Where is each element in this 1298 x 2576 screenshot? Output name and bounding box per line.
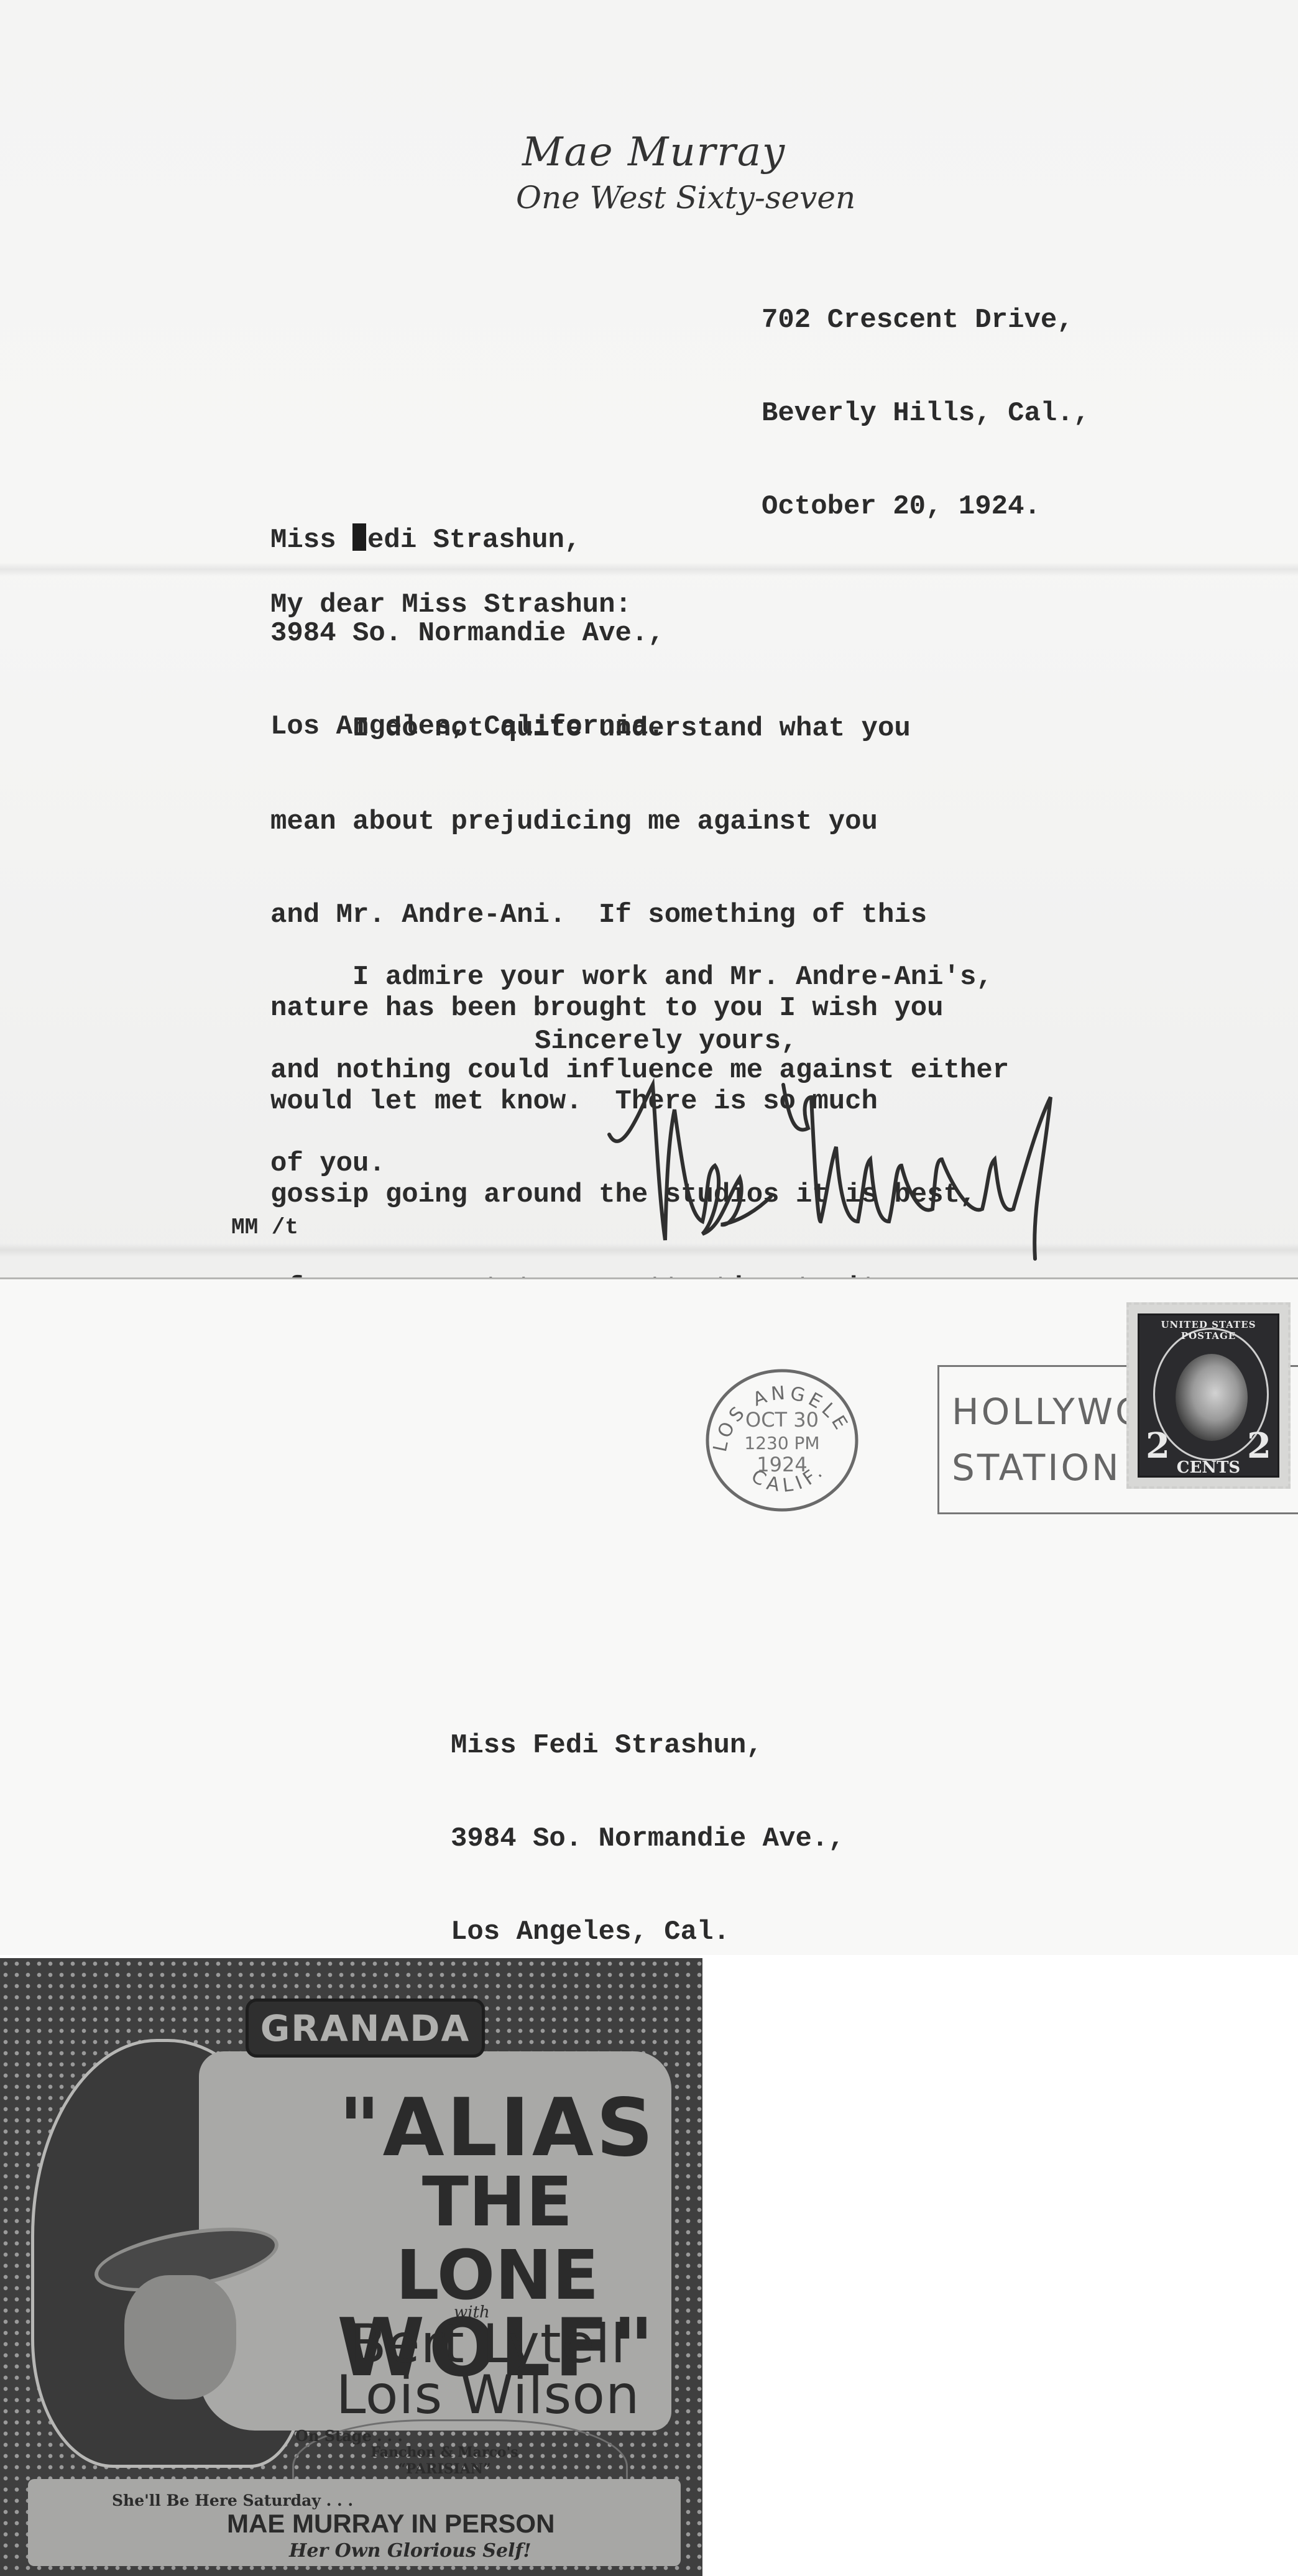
theater-badge: GRANADA xyxy=(246,1999,485,2058)
closing: Sincerely yours, xyxy=(535,1026,797,1057)
body-line: I admire your work and Mr. Andre-Ani's, xyxy=(270,962,1009,993)
envelope-street: 3984 So. Normandie Ave., xyxy=(451,1823,845,1854)
on-stage-line: “PARISIAN” xyxy=(295,2461,594,2478)
stamp-header: UNITED STATES POSTAGE xyxy=(1139,1319,1277,1341)
letter-date: October 20, 1924. xyxy=(762,491,1090,522)
envelope-recipient: Miss Fedi Strashun, xyxy=(451,1730,845,1761)
man-face-illustration-icon xyxy=(124,2275,236,2399)
letter-page: Mae Murray One West Sixty-seven 702 Cres… xyxy=(0,0,1298,1277)
envelope-city: Los Angeles, Cal. xyxy=(451,1916,845,1948)
star-name: Lois Wilson xyxy=(333,2370,643,2421)
recipient-prefix: Miss xyxy=(270,525,352,556)
theater-name: GRANADA xyxy=(260,2007,471,2049)
footer-headline: MAE MURRAY IN PERSON xyxy=(227,2509,555,2539)
postage-stamp: UNITED STATES POSTAGE 2 2 CENTS xyxy=(1126,1302,1291,1489)
film-stars: Bert Lytell Lois Wilson xyxy=(333,2319,643,2421)
typist-initials: MM /t xyxy=(231,1212,298,1243)
postmark-circle: LOS ANGELES CALIF. OCT 30 1230 PM 1924 xyxy=(701,1366,863,1515)
letterhead: Mae Murray One West Sixty-seven xyxy=(516,127,889,218)
washington-portrait-icon xyxy=(1176,1354,1248,1441)
envelope-address: Miss Fedi Strashun, 3984 So. Normandie A… xyxy=(451,1668,845,1979)
on-stage-line: Fanchon & Marco's xyxy=(295,2444,594,2461)
letterhead-street: One West Sixty-seven xyxy=(516,177,889,218)
recipient-name: Miss edi Strashun, xyxy=(270,523,665,556)
sender-street: 702 Crescent Drive, xyxy=(762,305,1090,336)
footer-tagline: Her Own Glorious Self! xyxy=(289,2540,532,2562)
body-line: I do not quite understand what you xyxy=(270,713,976,744)
salutation: My dear Miss Strashun: xyxy=(270,589,632,620)
cancel-line-2: STATION xyxy=(952,1447,1121,1489)
stamp-unit: CENTS xyxy=(1139,1458,1277,1477)
recipient-street: 3984 So. Normandie Ave., xyxy=(270,618,665,649)
star-name: Bert Lytell xyxy=(333,2319,643,2370)
letterhead-name: Mae Murray xyxy=(516,127,889,177)
sender-city: Beverly Hills, Cal., xyxy=(762,398,1090,429)
stamp-face: UNITED STATES POSTAGE 2 2 CENTS xyxy=(1138,1313,1279,1478)
film-title-line-2: THE LONE xyxy=(323,2165,671,2312)
footer-preline: She'll Be Here Saturday . . . xyxy=(112,2491,353,2509)
handwritten-signature: Mae Murray xyxy=(597,1072,1119,1271)
film-title-line-1: "ALIAS xyxy=(323,2092,671,2165)
on-stage-lead: On Stage . . . xyxy=(295,2427,594,2444)
svg-text:OCT 30: OCT 30 xyxy=(745,1408,819,1432)
recipient-name-rest: edi Strashun, xyxy=(367,525,581,556)
svg-text:1924: 1924 xyxy=(757,1453,807,1476)
body-line: mean about prejudicing me against you xyxy=(270,806,976,837)
ink-blot xyxy=(352,523,366,551)
svg-text:1230 PM: 1230 PM xyxy=(744,1433,819,1453)
sender-address: 702 Crescent Drive, Beverly Hills, Cal.,… xyxy=(762,242,1090,584)
newspaper-ad-clipping: GRANADA "ALIAS THE LONE WOLF" with Bert … xyxy=(0,1958,702,2576)
ad-footer-banner: She'll Be Here Saturday . . . MAE MURRAY… xyxy=(28,2479,681,2566)
